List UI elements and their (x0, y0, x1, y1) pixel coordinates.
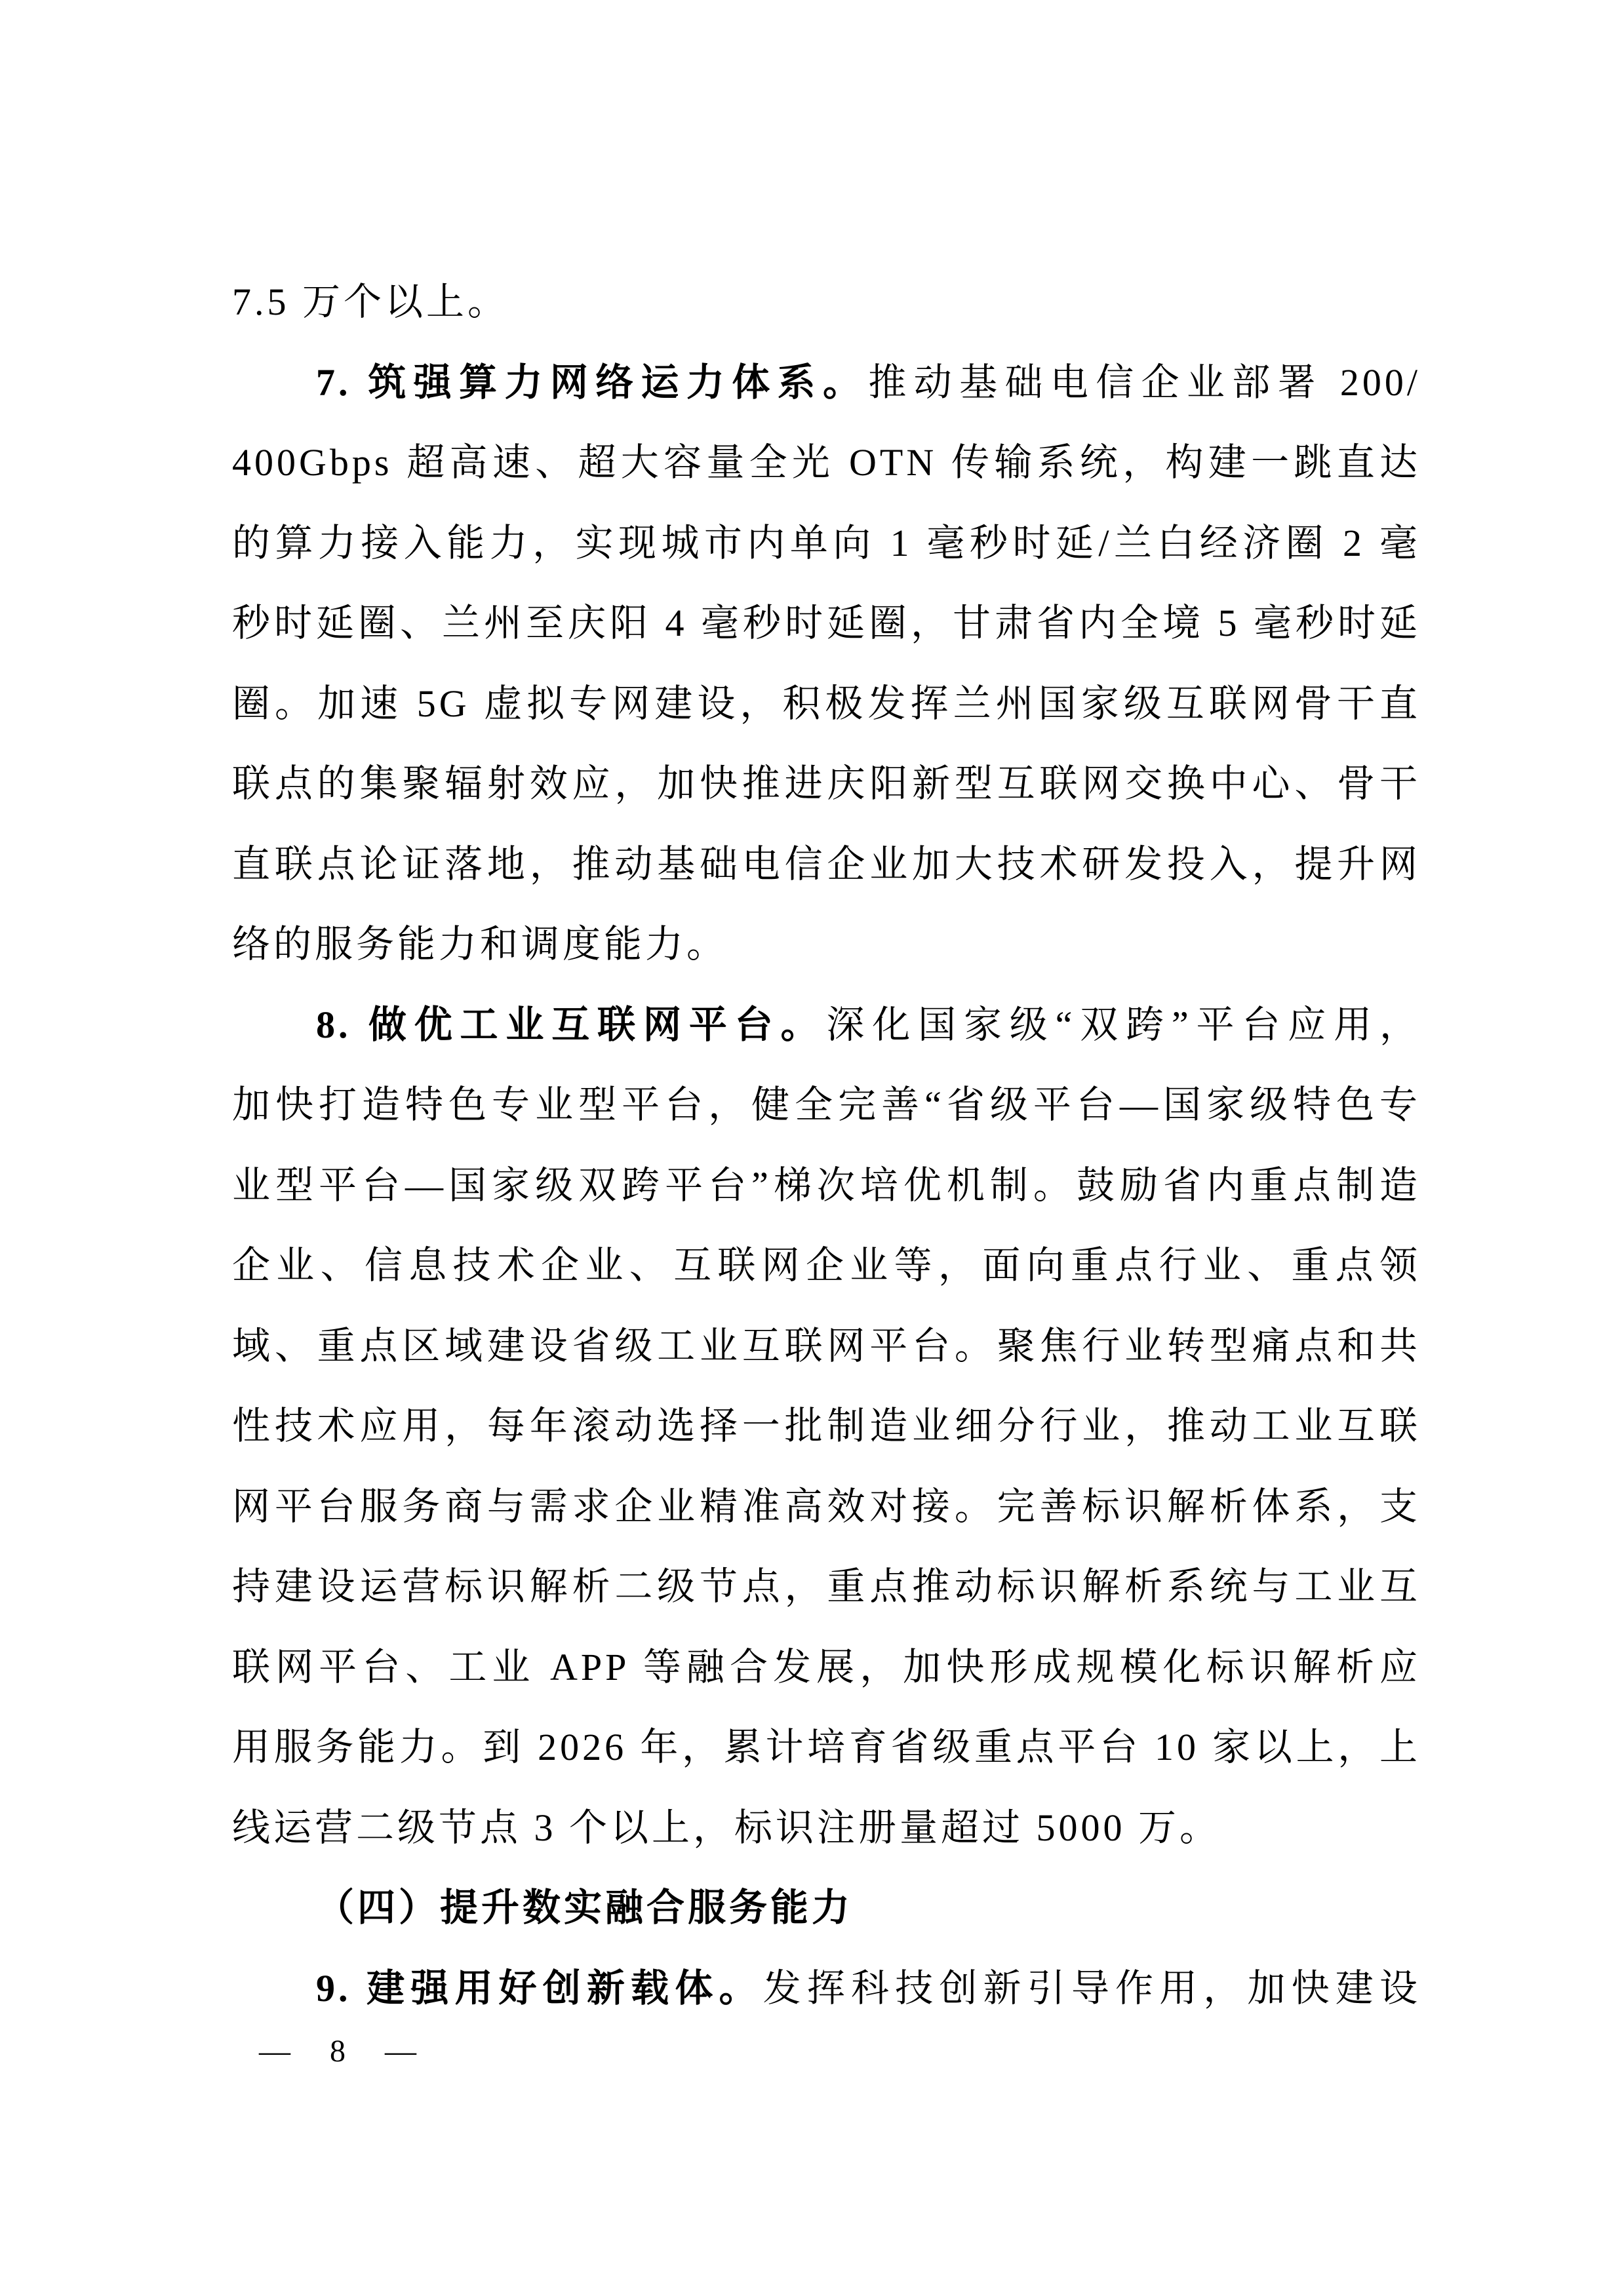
text-segment: 线运营二级节点 3 个以上，标识注册量超过 5000 万。 (232, 1806, 1221, 1849)
text-line: 7. 筑强算力网络运力体系。推动基础电信企业部署 200/ (232, 343, 1421, 423)
text-segment: 企业、信息技术企业、互联网企业等，面向重点行业、重点领 (232, 1244, 1421, 1287)
text-segment: 用服务能力。到 2026 年，累计培育省级重点平台 10 家以上，上 (232, 1726, 1421, 1768)
text-line: 业型平台—国家级双跨平台”梯次培优机制。鼓励省内重点制造 (232, 1146, 1421, 1226)
text-segment: 圈。加速 5G 虚拟专网建设，积极发挥兰州国家级互联网骨干直 (232, 682, 1421, 725)
text-segment: 加快打造特色专业型平台，健全完善“省级平台—国家级特色专 (232, 1083, 1421, 1126)
text-segment: 网平台服务商与需求企业精准高效对接。完善标识解析体系，支 (232, 1485, 1421, 1528)
text-segment: 直联点论证落地，推动基础电信企业加大技术研发投入，提升网 (232, 843, 1421, 885)
text-segment: 深化国家级“双跨”平台应用， (826, 1003, 1421, 1046)
text-line: 圈。加速 5G 虚拟专网建设，积极发挥兰州国家级互联网骨干直 (232, 664, 1421, 745)
page-number: — 8 — (259, 2031, 422, 2072)
text-line: 企业、信息技术企业、互联网企业等，面向重点行业、重点领 (232, 1226, 1421, 1306)
text-line: 域、重点区域建设省级工业互联网平台。聚焦行业转型痛点和共 (232, 1306, 1421, 1387)
text-segment: 持建设运营标识解析二级节点，重点推动标识解析系统与工业互 (232, 1565, 1421, 1608)
text-line: 性技术应用，每年滚动选择一批制造业细分行业，推动工业互联 (232, 1386, 1421, 1467)
text-line: 联点的集聚辐射效应，加快推进庆阳新型互联网交换中心、骨干 (232, 744, 1421, 825)
text-segment: 性技术应用，每年滚动选择一批制造业细分行业，推动工业互联 (232, 1405, 1421, 1447)
text-line: 络的服务能力和调度能力。 (232, 905, 1421, 985)
document-page: 7.5 万个以上。7. 筑强算力网络运力体系。推动基础电信企业部署 200/40… (0, 0, 1624, 2296)
text-line: （四）提升数实融合服务能力 (232, 1868, 1421, 1949)
text-segment: 域、重点区域建设省级工业互联网平台。聚焦行业转型痛点和共 (232, 1325, 1421, 1367)
text-segment: 联网平台、工业 APP 等融合发展，加快形成规模化标识解析应 (232, 1646, 1421, 1688)
text-segment: 发挥科技创新引导作用，加快建设 (763, 1967, 1421, 2010)
text-line: 网平台服务商与需求企业精准高效对接。完善标识解析体系，支 (232, 1467, 1421, 1547)
text-segment: 的算力接入能力，实现城市内单向 1 毫秒时延/兰白经济圈 2 毫 (232, 522, 1421, 564)
text-line: 7.5 万个以上。 (232, 262, 1421, 343)
text-line: 的算力接入能力，实现城市内单向 1 毫秒时延/兰白经济圈 2 毫 (232, 503, 1421, 584)
text-segment-bold: 9. 建强用好创新载体。 (316, 1967, 763, 2010)
text-segment-bold: 7. 筑强算力网络运力体系。 (316, 361, 868, 404)
text-line: 线运营二级节点 3 个以上，标识注册量超过 5000 万。 (232, 1788, 1421, 1869)
text-line: 联网平台、工业 APP 等融合发展，加快形成规模化标识解析应 (232, 1627, 1421, 1708)
document-body: 7.5 万个以上。7. 筑强算力网络运力体系。推动基础电信企业部署 200/40… (232, 262, 1421, 2029)
text-line: 持建设运营标识解析二级节点，重点推动标识解析系统与工业互 (232, 1547, 1421, 1627)
text-line: 直联点论证落地，推动基础电信企业加大技术研发投入，提升网 (232, 825, 1421, 905)
text-line: 加快打造特色专业型平台，健全完善“省级平台—国家级特色专 (232, 1065, 1421, 1146)
text-segment: 业型平台—国家级双跨平台”梯次培优机制。鼓励省内重点制造 (232, 1164, 1421, 1207)
text-segment: 400Gbps 超高速、超大容量全光 OTN 传输系统，构建一跳直达 (232, 441, 1421, 484)
text-line: 400Gbps 超高速、超大容量全光 OTN 传输系统，构建一跳直达 (232, 423, 1421, 503)
text-segment: 7.5 万个以上。 (232, 281, 509, 323)
text-line: 用服务能力。到 2026 年，累计培育省级重点平台 10 家以上，上 (232, 1707, 1421, 1788)
text-segment: 联点的集聚辐射效应，加快推进庆阳新型互联网交换中心、骨干 (232, 762, 1421, 805)
text-segment: 推动基础电信企业部署 200/ (868, 361, 1421, 404)
text-segment: 络的服务能力和调度能力。 (232, 923, 728, 965)
text-line: 秒时延圈、兰州至庆阳 4 毫秒时延圈，甘肃省内全境 5 毫秒时延 (232, 583, 1421, 664)
text-line: 8. 做优工业互联网平台。深化国家级“双跨”平台应用， (232, 985, 1421, 1066)
text-segment-bold: 8. 做优工业互联网平台。 (316, 1003, 826, 1046)
text-segment: 秒时延圈、兰州至庆阳 4 毫秒时延圈，甘肃省内全境 5 毫秒时延 (232, 602, 1421, 644)
text-segment-bold: （四）提升数实融合服务能力 (316, 1886, 853, 1929)
text-line: 9. 建强用好创新载体。发挥科技创新引导作用，加快建设 (232, 1949, 1421, 2029)
